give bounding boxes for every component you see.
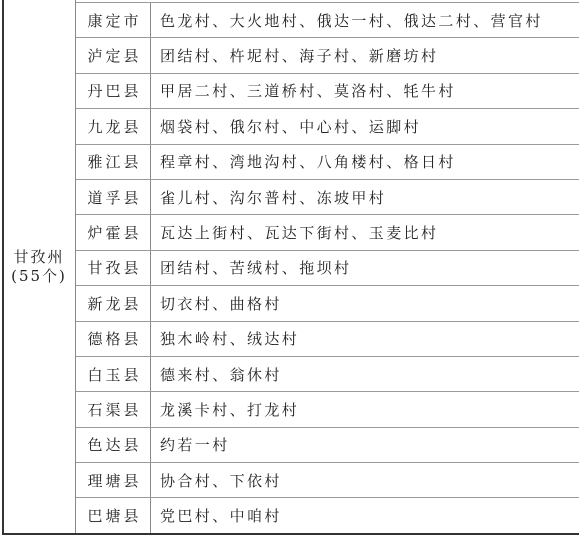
county-cell: 白玉县	[76, 357, 151, 391]
villages-cell: 雀儿村、沟尔普村、冻坡甲村	[151, 180, 579, 214]
table-row: 甘孜县 团结村、苦绒村、拖坝村	[76, 250, 579, 285]
region-cell: 甘孜州 (55个)	[3, 0, 76, 533]
county-cell: 康定市	[76, 3, 151, 37]
villages-cell: 切衣村、曲格村	[151, 286, 579, 320]
county-cell: 炉霍县	[76, 215, 151, 249]
table-row: 九龙县 烟袋村、俄尔村、中心村、运脚村	[76, 108, 579, 143]
county-cell: 甘孜县	[76, 251, 151, 285]
table-row: 丹巴县 甲居二村、三道桥村、莫洛村、牦牛村	[76, 73, 579, 108]
table-row: 石渠县 龙溪卡村、打龙村	[76, 391, 579, 426]
table-row: 理塘县 协合村、下依村	[76, 462, 579, 497]
county-cell: 道孚县	[76, 180, 151, 214]
villages-cell: 德来村、翁休村	[151, 357, 579, 391]
county-cell: 丹巴县	[76, 74, 151, 108]
county-cell: 德格县	[76, 322, 151, 356]
table-row: 雅江县 程章村、湾地沟村、八角楼村、格日村	[76, 144, 579, 179]
villages-cell: 瓦达上街村、瓦达下街村、玉麦比村	[151, 215, 579, 249]
table-row: 色达县 约若一村	[76, 427, 579, 462]
villages-cell: 党巴村、中咱村	[151, 498, 579, 532]
table-row: 巴塘县 党巴村、中咱村	[76, 497, 579, 532]
table-row: 德格县 独木岭村、绒达村	[76, 321, 579, 356]
table-bottom-border	[2, 533, 579, 535]
villages-cell: 程章村、湾地沟村、八角楼村、格日村	[151, 145, 579, 179]
county-cell: 泸定县	[76, 38, 151, 72]
county-rows: 康定市 色龙村、大火地村、俄达一村、俄达二村、营官村 泸定县 团结村、杵坭村、海…	[76, 2, 579, 533]
county-cell: 理塘县	[76, 463, 151, 497]
county-cell: 石渠县	[76, 392, 151, 426]
table-row: 道孚县 雀儿村、沟尔普村、冻坡甲村	[76, 179, 579, 214]
villages-cell: 龙溪卡村、打龙村	[151, 392, 579, 426]
county-cell: 新龙县	[76, 286, 151, 320]
villages-cell: 团结村、苦绒村、拖坝村	[151, 251, 579, 285]
villages-cell: 甲居二村、三道桥村、莫洛村、牦牛村	[151, 74, 579, 108]
county-cell: 九龙县	[76, 109, 151, 143]
region-name: 甘孜州	[13, 248, 64, 267]
villages-cell: 约若一村	[151, 428, 579, 462]
table-row: 新龙县 切衣村、曲格村	[76, 285, 579, 320]
table-row: 炉霍县 瓦达上街村、瓦达下街村、玉麦比村	[76, 214, 579, 249]
villages-cell: 独木岭村、绒达村	[151, 322, 579, 356]
villages-cell: 团结村、杵坭村、海子村、新磨坊村	[151, 38, 579, 72]
table-row: 康定市 色龙村、大火地村、俄达一村、俄达二村、营官村	[76, 2, 579, 37]
villages-cell: 色龙村、大火地村、俄达一村、俄达二村、营官村	[151, 3, 579, 37]
villages-cell: 协合村、下依村	[151, 463, 579, 497]
county-cell: 雅江县	[76, 145, 151, 179]
villages-table: 甘孜州 (55个) 康定市 色龙村、大火地村、俄达一村、俄达二村、营官村 泸定县…	[2, 0, 579, 534]
table-row: 泸定县 团结村、杵坭村、海子村、新磨坊村	[76, 37, 579, 72]
villages-cell: 烟袋村、俄尔村、中心村、运脚村	[151, 109, 579, 143]
table-row: 白玉县 德来村、翁休村	[76, 356, 579, 391]
county-cell: 巴塘县	[76, 498, 151, 532]
region-count: (55个)	[11, 267, 67, 286]
county-cell: 色达县	[76, 428, 151, 462]
